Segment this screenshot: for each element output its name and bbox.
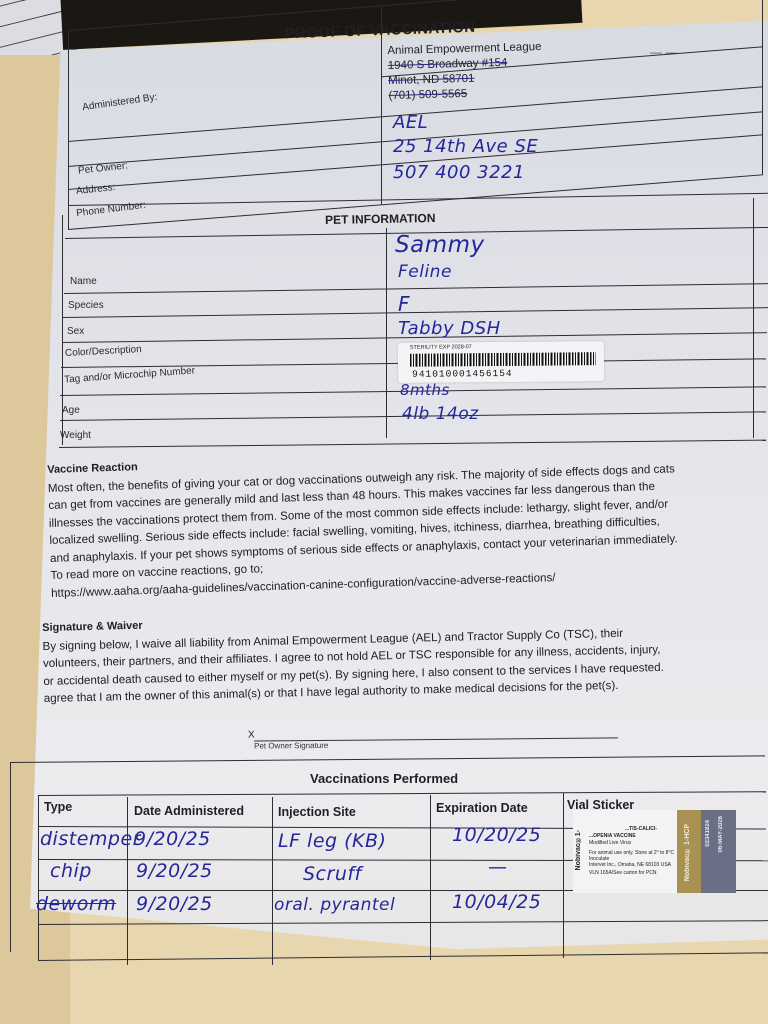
row1-expiration: 10/20/25 — [452, 824, 541, 846]
row3-type: deworm — [36, 893, 116, 915]
phone-number-value: 507 400 3221 — [393, 162, 525, 183]
vaccination-form: PROOF OF VACCINATION Animal Empowerment … — [0, 0, 768, 1024]
color-description-label: Color/Description — [65, 344, 142, 359]
vial-sticker: Nobivac®1- ...TIS-CALICI- ...OPENIA VACC… — [573, 810, 736, 893]
vial-fine-print: Intervet Inc., Omaha, NE 68103 USA — [589, 862, 677, 868]
signature-waiver-section: Signature & Waiver By signing below, I w… — [42, 604, 768, 708]
age-value: 8mths — [400, 381, 450, 399]
vial-serial: 02341824 — [705, 820, 711, 847]
pen-marks: — — — [650, 45, 677, 59]
row2-expiration: — — [488, 856, 508, 878]
vial-brand: Nobivac® 1-HCP — [684, 824, 691, 881]
pet-information-heading: PET INFORMATION — [325, 211, 436, 227]
species-label: Species — [68, 300, 104, 311]
vial-side-text: Nobivac®1- — [575, 830, 582, 870]
vial-fine-print: VLN 165A/See carton for PCN — [589, 870, 677, 876]
vial-vaccine-line: ...TIS-CALICI- — [625, 826, 657, 832]
signature-x: X — [248, 730, 255, 741]
weight-value: 4lb 14oz — [402, 404, 479, 424]
row1-type: distemper — [40, 828, 141, 850]
age-label: Age — [62, 405, 80, 416]
signature-caption: Pet Owner Signature — [254, 738, 618, 750]
col-expiration-date: Expiration Date — [436, 801, 528, 815]
color-description-value: Tabby DSH — [398, 318, 501, 339]
row1-site: LF leg (KB) — [278, 830, 386, 852]
row2-type: chip — [50, 860, 92, 882]
microchip-sticker: STERILITY EXP 2028-07 941010001456154 — [398, 341, 604, 383]
row3-date: 9/20/25 — [136, 893, 213, 915]
row3-site: oral. pyrantel — [274, 895, 395, 915]
sex-value: F — [398, 292, 410, 316]
vial-fine-print: For animal use only. Store at 2° to 8°C … — [589, 850, 677, 862]
signature-field[interactable]: X Pet Owner Signature — [248, 721, 618, 750]
vial-vaccine-line: Modified Live Virus — [589, 840, 631, 846]
row2-date: 9/20/25 — [136, 860, 213, 882]
col-injection-site: Injection Site — [278, 805, 356, 819]
microchip-number: 941010001456154 — [412, 368, 513, 380]
col-date-administered: Date Administered — [134, 804, 244, 818]
microchip-label: Tag and/or Microchip Number — [64, 365, 196, 385]
vaccinations-heading: Vaccinations Performed — [310, 771, 458, 786]
administered-by-value: AEL — [393, 112, 428, 133]
pet-name-value: Sammy — [395, 232, 485, 258]
vaccine-reaction-section: Vaccine Reaction Most often, the benefit… — [47, 439, 768, 602]
sterility-text: STERILITY EXP 2028-07 — [410, 344, 472, 351]
vial-expiry: 06-MAY-2026 — [718, 816, 724, 852]
sex-label: Sex — [67, 326, 84, 337]
address-value: 25 14th Ave SE — [393, 136, 538, 157]
row2-site: Scruff — [303, 863, 362, 885]
name-label: Name — [70, 276, 97, 287]
row3-expiration: 10/04/25 — [452, 891, 541, 913]
species-value: Feline — [398, 262, 452, 282]
col-type: Type — [44, 800, 72, 814]
vial-brand-band: Nobivac® 1-HCP — [677, 810, 701, 893]
weight-label: Weight — [60, 430, 91, 441]
row1-date: 9/20/25 — [134, 828, 211, 850]
organization-block: Animal Empowerment League 1940 S Broadwa… — [387, 40, 543, 104]
vial-lot-band: 02341824 06-MAY-2026 — [701, 810, 736, 893]
barcode — [410, 352, 596, 367]
vial-vaccine-line: ...OPENIA VACCINE — [589, 833, 636, 839]
